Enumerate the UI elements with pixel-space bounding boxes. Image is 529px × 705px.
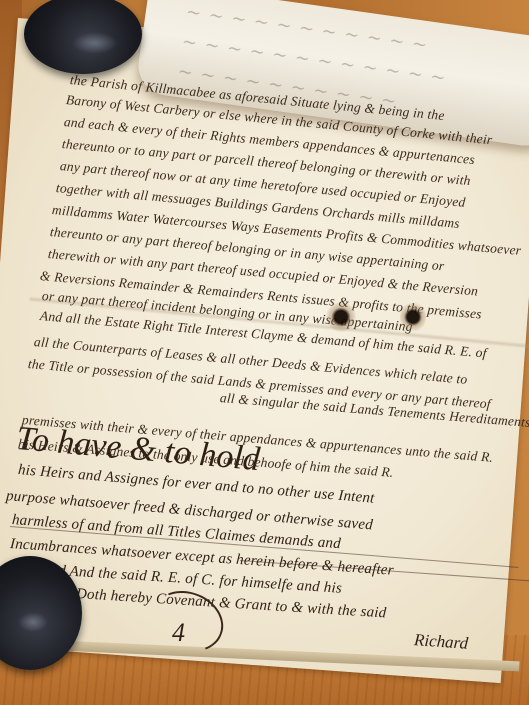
- ink-stain-hole: [400, 302, 426, 332]
- signature-richard: Richard: [413, 630, 468, 654]
- ink-stain-hole: [326, 302, 356, 332]
- page-number: 4: [172, 618, 185, 648]
